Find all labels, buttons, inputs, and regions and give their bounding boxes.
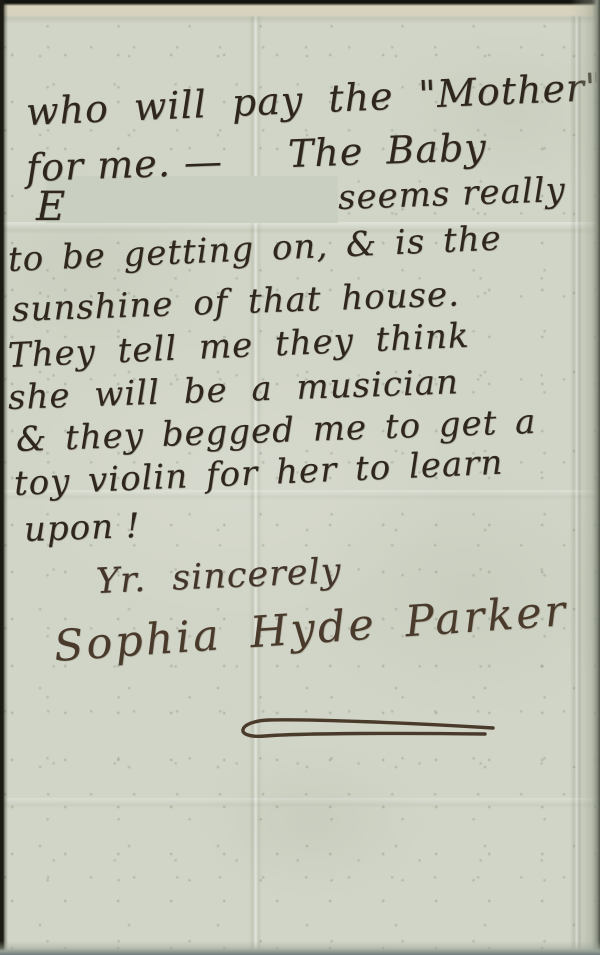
page-edge-bottom (0, 941, 600, 955)
letter-line: The Baby (287, 125, 487, 176)
letter-line: upon ! (23, 506, 141, 550)
signature-flourish (225, 700, 500, 746)
closing-line: Yr. sincerely (95, 551, 342, 602)
page-edge-right (570, 0, 600, 955)
letter-scan-page: who will pay the "Mother" for me. — The … (0, 0, 600, 955)
fold-crease-vertical-right (570, 0, 582, 955)
letter-line-initial: E (36, 184, 66, 230)
letter-line: for me. — (25, 139, 223, 190)
letter-line: to be getting on, & is the (7, 218, 502, 280)
letter-line: who will pay the "Mother" (25, 65, 600, 134)
fold-crease-horizontal-bottom (0, 798, 600, 808)
page-edge-top (0, 0, 600, 24)
letter-line: seems really (337, 170, 566, 218)
page-edge-left (0, 0, 8, 955)
